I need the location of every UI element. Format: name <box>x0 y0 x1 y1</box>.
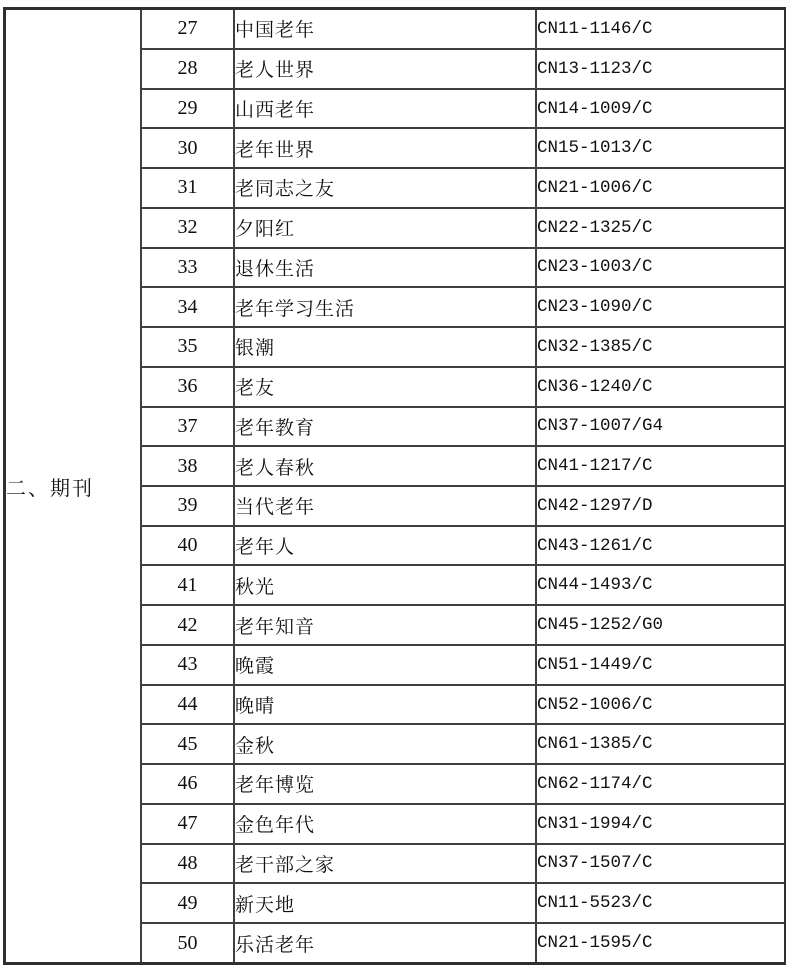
cn-code-cell: CN43-1261/C <box>536 526 786 566</box>
cn-code-cell: CN13-1123/C <box>536 49 786 89</box>
row-number-cell: 43 <box>141 645 234 685</box>
row-number-cell: 37 <box>141 407 234 447</box>
cn-code-cell: CN32-1385/C <box>536 327 786 367</box>
cn-code-cell: CN37-1507/C <box>536 844 786 884</box>
publication-name-cell: 老同志之友 <box>234 168 536 208</box>
row-number-cell: 39 <box>141 486 234 526</box>
row-number-cell: 50 <box>141 923 234 963</box>
cn-code-cell: CN11-1146/C <box>536 9 786 49</box>
row-number-cell: 35 <box>141 327 234 367</box>
publication-name-cell: 老年世界 <box>234 128 536 168</box>
row-number-cell: 42 <box>141 605 234 645</box>
cn-code-cell: CN22-1325/C <box>536 208 786 248</box>
publication-name-cell: 金秋 <box>234 724 536 764</box>
publication-name-cell: 银潮 <box>234 327 536 367</box>
periodicals-table: 二、期刊 27 中国老年 CN11-1146/C 28 老人世界 CN13-11… <box>3 7 786 965</box>
row-number-cell: 45 <box>141 724 234 764</box>
publication-name-cell: 老人世界 <box>234 49 536 89</box>
section-label-cell: 二、期刊 <box>5 9 142 964</box>
publication-name-cell: 秋光 <box>234 565 536 605</box>
cn-code-cell: CN11-5523/C <box>536 883 786 923</box>
cn-code-cell: CN15-1013/C <box>536 128 786 168</box>
row-number-cell: 48 <box>141 844 234 884</box>
publication-name-cell: 老年教育 <box>234 407 536 447</box>
publication-name-cell: 老人春秋 <box>234 446 536 486</box>
publication-name-cell: 中国老年 <box>234 9 536 49</box>
row-number-cell: 29 <box>141 89 234 129</box>
publication-name-cell: 退休生活 <box>234 248 536 288</box>
publication-name-cell: 乐活老年 <box>234 923 536 963</box>
cn-code-cell: CN44-1493/C <box>536 565 786 605</box>
cn-code-cell: CN23-1090/C <box>536 287 786 327</box>
row-number-cell: 30 <box>141 128 234 168</box>
row-number-cell: 32 <box>141 208 234 248</box>
publication-name-cell: 老年博览 <box>234 764 536 804</box>
section-label: 二、期刊 <box>6 478 94 500</box>
row-number-cell: 38 <box>141 446 234 486</box>
row-number-cell: 41 <box>141 565 234 605</box>
cn-code-cell: CN21-1595/C <box>536 923 786 963</box>
cn-code-cell: CN14-1009/C <box>536 89 786 129</box>
row-number-cell: 44 <box>141 685 234 725</box>
cn-code-cell: CN51-1449/C <box>536 645 786 685</box>
row-number-cell: 47 <box>141 804 234 844</box>
row-number-cell: 34 <box>141 287 234 327</box>
row-number-cell: 27 <box>141 9 234 49</box>
publication-name-cell: 金色年代 <box>234 804 536 844</box>
row-number-cell: 36 <box>141 367 234 407</box>
row-number-cell: 49 <box>141 883 234 923</box>
document-page: 二、期刊 27 中国老年 CN11-1146/C 28 老人世界 CN13-11… <box>0 0 786 972</box>
cn-code-cell: CN42-1297/D <box>536 486 786 526</box>
row-number-cell: 31 <box>141 168 234 208</box>
cn-code-cell: CN31-1994/C <box>536 804 786 844</box>
cn-code-cell: CN52-1006/C <box>536 685 786 725</box>
row-number-cell: 46 <box>141 764 234 804</box>
table-row: 二、期刊 27 中国老年 CN11-1146/C <box>5 9 786 49</box>
cn-code-cell: CN21-1006/C <box>536 168 786 208</box>
publication-name-cell: 当代老年 <box>234 486 536 526</box>
publication-name-cell: 老年学习生活 <box>234 287 536 327</box>
row-number-cell: 33 <box>141 248 234 288</box>
publication-name-cell: 晚晴 <box>234 685 536 725</box>
publication-name-cell: 夕阳红 <box>234 208 536 248</box>
publication-name-cell: 老干部之家 <box>234 844 536 884</box>
cn-code-cell: CN62-1174/C <box>536 764 786 804</box>
row-number-cell: 28 <box>141 49 234 89</box>
cn-code-cell: CN37-1007/G4 <box>536 407 786 447</box>
publication-name-cell: 新天地 <box>234 883 536 923</box>
cn-code-cell: CN61-1385/C <box>536 724 786 764</box>
publication-name-cell: 老年知音 <box>234 605 536 645</box>
cn-code-cell: CN41-1217/C <box>536 446 786 486</box>
publication-name-cell: 山西老年 <box>234 89 536 129</box>
publication-name-cell: 老友 <box>234 367 536 407</box>
row-number-cell: 40 <box>141 526 234 566</box>
cn-code-cell: CN23-1003/C <box>536 248 786 288</box>
cn-code-cell: CN36-1240/C <box>536 367 786 407</box>
cn-code-cell: CN45-1252/G0 <box>536 605 786 645</box>
publication-name-cell: 老年人 <box>234 526 536 566</box>
publication-name-cell: 晚霞 <box>234 645 536 685</box>
